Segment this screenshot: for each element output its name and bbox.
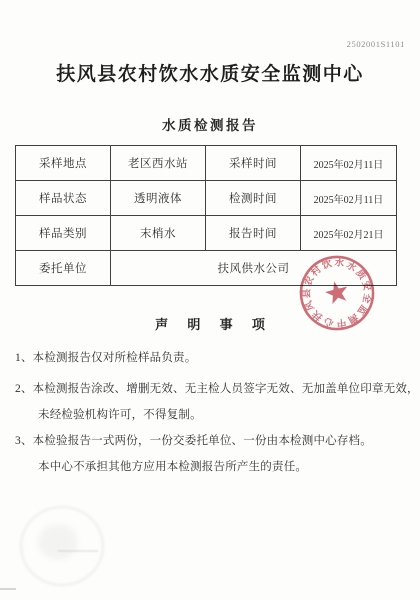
table-row: 样品类别 末梢水 报告时间 2025年02月21日 [16, 216, 397, 251]
table-cell-value: 末梢水 [111, 216, 206, 251]
report-number: 2502001S1101 [347, 39, 405, 49]
statement-heading: 声 明 事 项 [0, 314, 420, 333]
table-cell-label: 采样时间 [206, 146, 301, 181]
table-cell-label: 检测时间 [206, 181, 301, 216]
table-cell-label: 委托单位 [16, 251, 111, 286]
ghost-seal-dash [58, 550, 98, 552]
table-row: 委托单位 扶风供水公司 [16, 251, 397, 286]
table-row: 采样地点 老区西水站 采样时间 2025年02月11日 [16, 146, 397, 181]
report-title: 水质检测报告 [0, 114, 420, 134]
table-cell-merged-value: 扶风供水公司 [111, 251, 397, 286]
table-cell-date: 2025年02月11日 [301, 146, 397, 181]
table-cell-label: 样品类别 [16, 216, 111, 251]
table-cell-date: 2025年02月11日 [301, 181, 397, 216]
table-cell-label: 采样地点 [16, 146, 111, 181]
table-cell-date: 2025年02月21日 [301, 216, 397, 251]
statement-line: 本中心不承担其他方应用本检测报告所产生的责任。 [38, 458, 420, 474]
statement-line: 3、本检验报告一式两份，一份交委托单位、一份由本检测中心存档。 [15, 432, 410, 448]
table-cell-label: 报告时间 [206, 216, 301, 251]
ghost-seal-smudge [38, 524, 78, 560]
statement-line: 2、本检测报告涂改、增删无效、无主检人员签字无效、无加盖单位印章无效， [15, 380, 410, 396]
table-cell-value: 透明液体 [111, 181, 206, 216]
table-cell-label: 样品状态 [16, 181, 111, 216]
report-page: 2502001S1101 扶风县农村饮水水质安全监测中心 水质检测报告 采样地点… [0, 0, 420, 600]
sample-info-table: 采样地点 老区西水站 采样时间 2025年02月11日 样品状态 透明液体 检测… [15, 145, 397, 286]
table-cell-value: 老区西水站 [111, 146, 206, 181]
statement-line: 未经检验机构许可，不得复制。 [38, 406, 420, 422]
org-title: 扶风县农村饮水水质安全监测中心 [0, 59, 420, 86]
statement-line: 1、本检测报告仅对所检样品负责。 [15, 349, 410, 365]
scan-corner-mark [0, 588, 16, 590]
table-row: 样品状态 透明液体 检测时间 2025年02月11日 [16, 181, 397, 216]
